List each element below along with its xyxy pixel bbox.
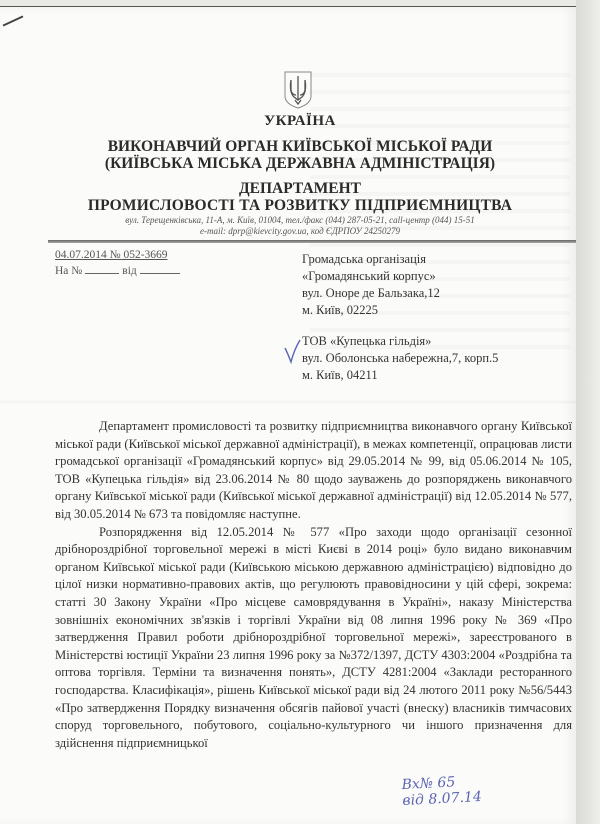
- letterhead-email: e-mail: dprp@kievcity.gov.ua, код ЄДРПОУ…: [0, 226, 600, 236]
- letterhead-org-line1: ВИКОНАВЧИЙ ОРГАН КИЇВСЬКОЇ МІСЬКОЇ РАДИ: [0, 138, 600, 156]
- letterhead-contacts: вул. Терещенківська, 11-А, м. Київ, 0100…: [0, 215, 600, 225]
- trident-coat-of-arms-icon: [283, 70, 313, 110]
- letterhead-dept-line1: ДЕПАРТАМЕНТ: [0, 180, 600, 198]
- incoming-number-blank: [85, 263, 119, 274]
- recipient-line: Громадська організація: [302, 251, 440, 268]
- incoming-date-blank: [140, 263, 180, 274]
- handwritten-registration-note: Вх№ 65 від 8.07.14: [401, 773, 482, 809]
- page-fold: [0, 400, 576, 404]
- recipient-line: м. Київ, 02225: [302, 302, 440, 319]
- recipient-line: «Громадянський корпус»: [302, 268, 440, 285]
- outgoing-reference: 04.07.2014 № 052-3669: [55, 249, 168, 261]
- incoming-date-label: від: [122, 265, 136, 277]
- letterhead-country: УКРАЇНА: [0, 113, 600, 130]
- incoming-number-label: На №: [55, 265, 82, 277]
- incoming-reference: На №від: [55, 263, 183, 277]
- letterhead-org-line2: (КИЇВСЬКА МІСЬКА ДЕРЖАВНА АДМІНІСТРАЦІЯ): [0, 155, 600, 173]
- recipient-address-1: Громадська організація «Громадянський ко…: [302, 251, 440, 319]
- recipient-line: вул. Оноре де Бальзака,12: [302, 285, 440, 302]
- body-paragraph: Департамент промисловості та розвитку пі…: [55, 418, 572, 524]
- letterhead-dept-line2: ПРОМИСЛОВОСТІ ТА РОЗВИТКУ ПІДПРИЄМНИЦТВА: [0, 197, 600, 215]
- recipient-line: м. Київ, 04211: [302, 367, 498, 384]
- recipient-address-2: ТОВ «Купецька гільдія» вул. Оболонська н…: [302, 333, 498, 384]
- recipient-line: вул. Оболонська набережна,7, корп.5: [302, 350, 498, 367]
- letter-body: Департамент промисловості та розвитку пі…: [55, 418, 572, 752]
- checkmark-icon: [283, 338, 301, 364]
- letterhead-divider: [48, 240, 576, 243]
- body-paragraph: Розпорядження від 12.05.2014 № 577 «Про …: [55, 524, 572, 753]
- recipient-line: ТОВ «Купецька гільдія»: [302, 333, 498, 350]
